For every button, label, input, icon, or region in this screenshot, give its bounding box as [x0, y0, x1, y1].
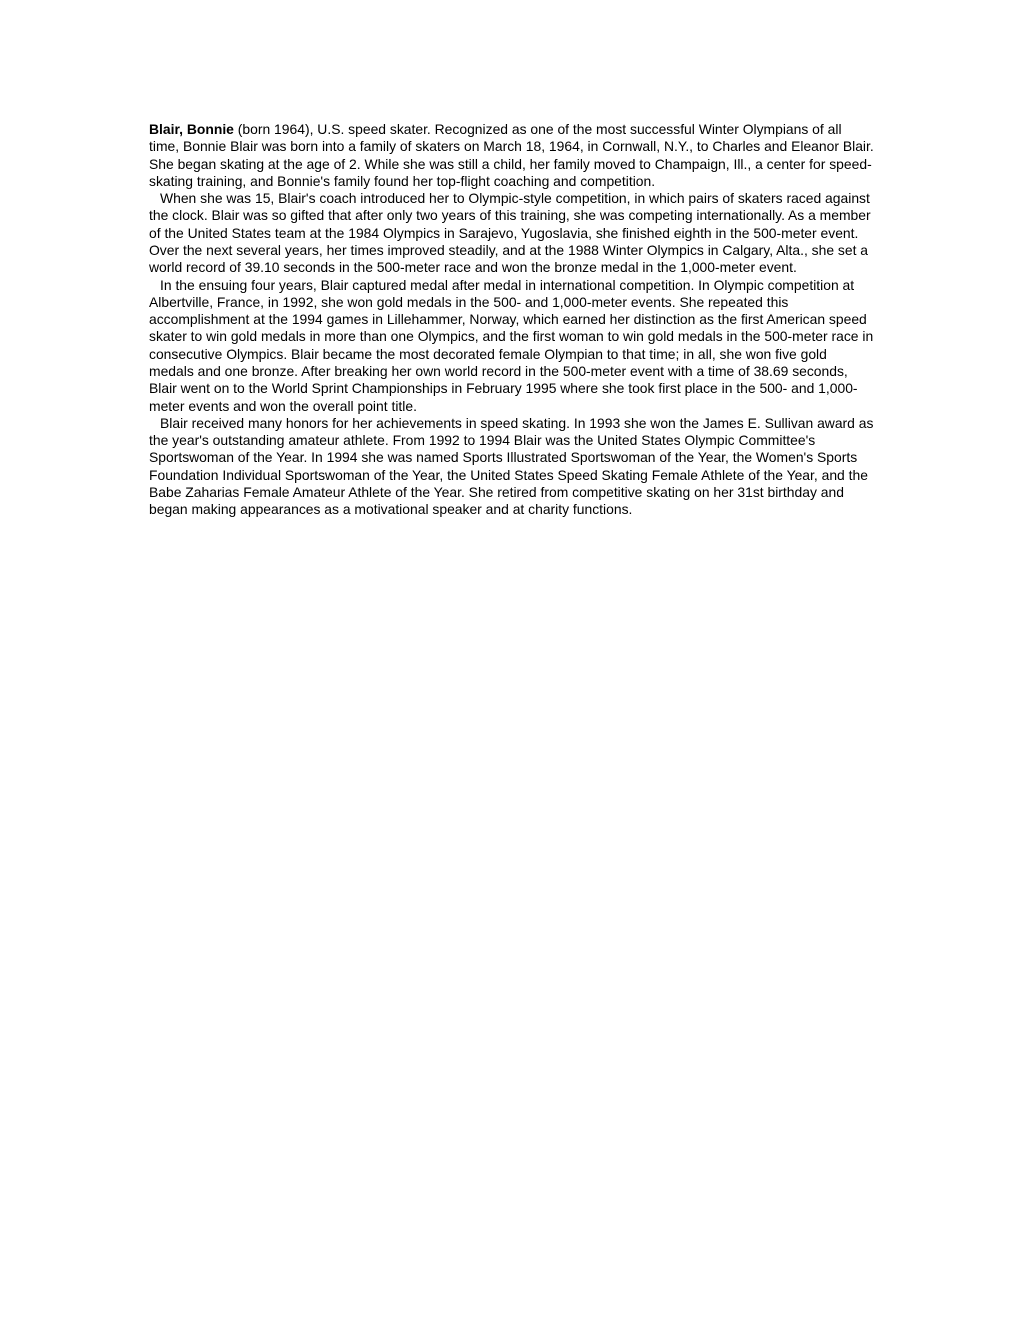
article-body: Blair, Bonnie (born 1964), U.S. speed sk… [149, 121, 875, 518]
paragraph-early-career: When she was 15, Blair's coach introduce… [149, 190, 875, 276]
paragraph-intro: Blair, Bonnie (born 1964), U.S. speed sk… [149, 121, 875, 190]
paragraph-olympic-medals: In the ensuing four years, Blair capture… [149, 277, 875, 415]
entry-title: Blair, Bonnie [149, 121, 234, 137]
paragraph-intro-text: (born 1964), U.S. speed skater. Recogniz… [149, 121, 874, 189]
document-page: Blair, Bonnie (born 1964), U.S. speed sk… [0, 0, 1020, 1320]
paragraph-honors: Blair received many honors for her achie… [149, 415, 875, 519]
